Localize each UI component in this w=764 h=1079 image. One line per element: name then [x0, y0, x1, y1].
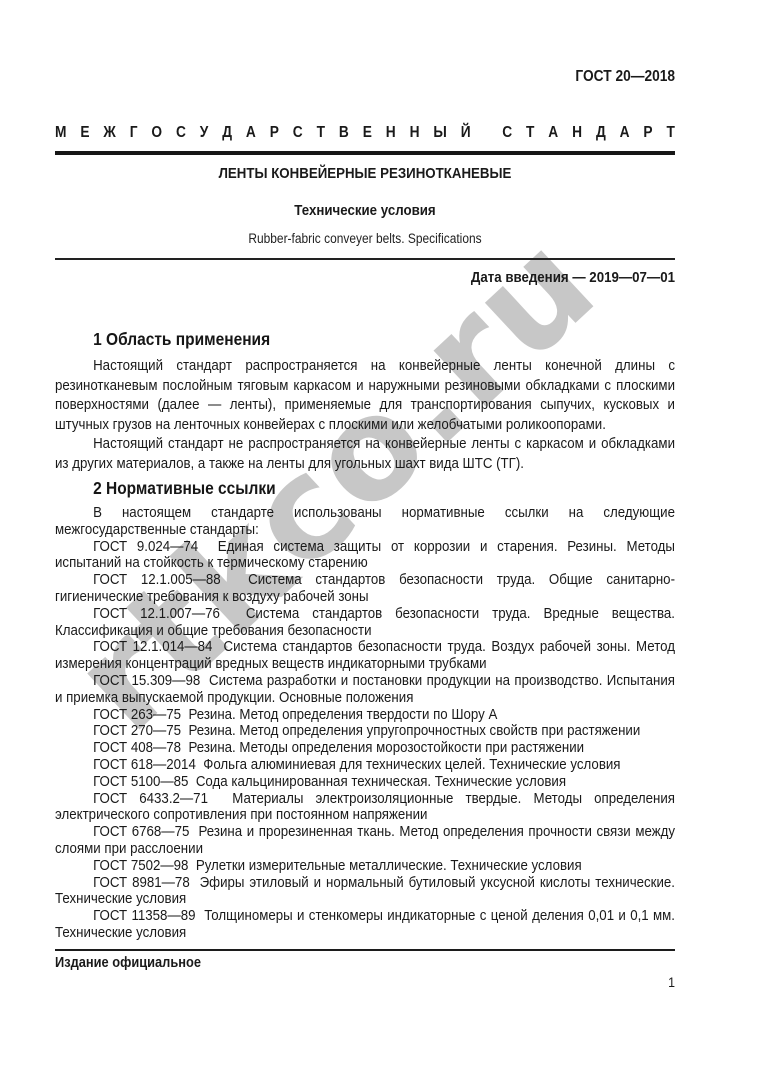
- reference-item: ГОСТ 7502—98 Рулетки измерительные метал…: [55, 858, 675, 875]
- reference-item: ГОСТ 408—78 Резина. Методы определения м…: [55, 740, 675, 757]
- section-1-heading: 1 Область применения: [93, 330, 675, 349]
- reference-item: ГОСТ 9.024—74 Единая система защиты от к…: [55, 539, 675, 573]
- title-rule: [55, 258, 675, 260]
- reference-item: ГОСТ 270—75 Резина. Метод определения уп…: [55, 723, 675, 740]
- section-2-heading: 2 Нормативные ссылки: [93, 479, 675, 498]
- reference-item: ГОСТ 12.1.005—88 Система стандартов безо…: [55, 572, 675, 606]
- reference-item: ГОСТ 6768—75 Резина и прорезиненная ткан…: [55, 824, 675, 858]
- section-normative-references: 2 Нормативные ссылки В настоящем стандар…: [55, 479, 675, 942]
- header-rule: [55, 151, 675, 155]
- reference-item: ГОСТ 263—75 Резина. Метод определения тв…: [55, 707, 675, 724]
- doc-code: ГОСТ 20—2018: [55, 68, 675, 85]
- document-subtitle: Технические условия: [55, 203, 675, 219]
- page-content: ГОСТ 20—2018 МЕЖГОСУДАРСТВЕННЫЙ СТАНДАРТ…: [55, 0, 675, 990]
- reference-item: ГОСТ 12.1.007—76 Система стандартов безо…: [55, 606, 675, 640]
- reference-item: ГОСТ 15.309—98 Система разработки и пост…: [55, 673, 675, 707]
- reference-item: ГОСТ 11358—89 Толщиномеры и стенкомеры и…: [55, 908, 675, 942]
- reference-item: ГОСТ 618—2014 Фольга алюминиевая для тех…: [55, 757, 675, 774]
- page-number: 1: [55, 975, 675, 990]
- scope-paragraph-1: Настоящий стандарт распространяется на к…: [55, 356, 675, 434]
- reference-item: ГОСТ 8981—78 Эфиры этиловый и нормальный…: [55, 875, 675, 909]
- scope-paragraph-2: Настоящий стандарт не распространяется н…: [55, 434, 675, 473]
- effective-date: Дата введения — 2019—07—01: [55, 270, 675, 286]
- references-intro: В настоящем стандарте использованы норма…: [55, 505, 675, 539]
- standard-type-heading: МЕЖГОСУДАРСТВЕННЫЙ СТАНДАРТ: [55, 125, 675, 141]
- edition-note: Издание официальное: [55, 956, 675, 971]
- reference-item: ГОСТ 12.1.014—84 Система стандартов безо…: [55, 639, 675, 673]
- document-title: ЛЕНТЫ КОНВЕЙЕРНЫЕ РЕЗИНОТКАНЕВЫЕ: [55, 166, 675, 182]
- document-title-english: Rubber-fabric conveyer belts. Specificat…: [55, 232, 675, 246]
- section-scope: 1 Область применения Настоящий стандарт …: [55, 330, 675, 473]
- document-page: rtkco.ru ГОСТ 20—2018 МЕЖГОСУДАРСТВЕННЫЙ…: [0, 0, 764, 1079]
- footer-rule: [55, 949, 675, 951]
- reference-item: ГОСТ 5100—85 Сода кальцинированная техни…: [55, 774, 675, 791]
- reference-item: ГОСТ 6433.2—71 Материалы электроизоляцио…: [55, 791, 675, 825]
